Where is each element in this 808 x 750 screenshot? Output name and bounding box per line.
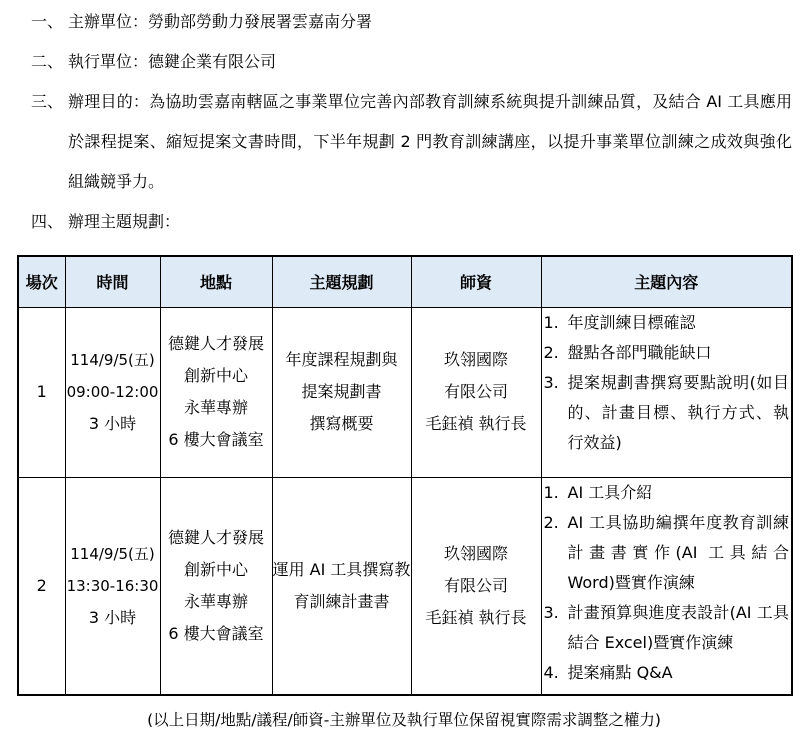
content-item-number: 3. (542, 368, 568, 458)
time-line: 3 小時 (66, 408, 160, 440)
location-line: 創新中心 (161, 360, 272, 392)
content-item-text: 提案規劃書撰寫要點說明(如目的、計畫目標、執行方式、執行效益) (568, 368, 792, 458)
column-header-topic: 主題規劃 (272, 256, 411, 307)
intro-item-number: 二、 (31, 42, 68, 82)
content-item: 4. 提案痛點 Q&A (542, 658, 792, 688)
table-row: 2 114/9/5(五) 13:30-16:30 3 小時 德鍵人才發展 創新中… (18, 477, 792, 695)
document-page: 一、 主辦單位：勞動部勞動力發展署雲嘉南分署 二、 執行單位：德鍵企業有限公司 … (0, 0, 808, 750)
instructor-line: 毛鈺禎 執行長 (412, 602, 541, 634)
instructor-cell: 玖翎國際 有限公司 毛鈺禎 執行長 (411, 307, 541, 477)
column-header-session: 場次 (18, 256, 65, 307)
intro-item-text: 主辦單位：勞動部勞動力發展署雲嘉南分署 (68, 2, 792, 42)
footer-disclaimer: (以上日期/地點/議程/師資-主辦單位及執行單位保留視實際需求調整之權力) (0, 709, 808, 731)
intro-item-text: 辦理主題規劃： (68, 202, 792, 242)
location-line: 德鍵人才發展 (161, 328, 272, 360)
content-item: 3. 計畫預算與進度表設計(AI 工具結合 Excel)暨實作演練 (542, 598, 792, 658)
intro-item-text: 執行單位：德鍵企業有限公司 (68, 42, 792, 82)
intro-item-number: 四、 (31, 202, 68, 242)
instructor-line: 玖翎國際 (412, 344, 541, 376)
intro-item-text: 辦理目的：為協助雲嘉南轄區之事業單位完善內部教育訓練系統與提升訓練品質，及結合 … (68, 82, 792, 202)
column-header-instructor: 師資 (411, 256, 541, 307)
content-item: 1. AI 工具介紹 (542, 478, 792, 508)
content-item-number: 4. (542, 658, 568, 688)
content-cell: 1. 年度訓練目標確認 2. 盤點各部門職能缺口 3. 提案規劃書撰寫要點說明(… (541, 307, 792, 477)
intro-item-number: 三、 (31, 82, 68, 202)
session-number: 2 (19, 570, 65, 602)
content-item-text: 計畫預算與進度表設計(AI 工具結合 Excel)暨實作演練 (568, 598, 792, 658)
instructor-line: 有限公司 (412, 376, 541, 408)
location-line: 創新中心 (161, 554, 272, 586)
intro-item-number: 一、 (31, 2, 68, 42)
content-item-number: 3. (542, 598, 568, 658)
topic-line: 育訓練計畫書 (273, 586, 411, 618)
content-item: 1. 年度訓練目標確認 (542, 308, 792, 338)
content-item-number: 1. (542, 308, 568, 338)
topic-cell: 年度課程規劃與 提案規劃書 撰寫概要 (272, 307, 411, 477)
instructor-line: 毛鈺禎 執行長 (412, 408, 541, 440)
location-line: 6 樓大會議室 (161, 424, 272, 456)
content-item-number: 1. (542, 478, 568, 508)
time-line: 13:30-16:30 (66, 570, 160, 602)
intro-item-organizer: 一、 主辦單位：勞動部勞動力發展署雲嘉南分署 (31, 2, 792, 42)
topic-line: 年度課程規劃與 (273, 344, 411, 376)
intro-section: 一、 主辦單位：勞動部勞動力發展署雲嘉南分署 二、 執行單位：德鍵企業有限公司 … (0, 0, 808, 242)
content-item-number: 2. (542, 508, 568, 598)
topic-cell: 運用 AI 工具撰寫教 育訓練計畫書 (272, 477, 411, 695)
time-line: 3 小時 (66, 602, 160, 634)
column-header-time: 時間 (65, 256, 160, 307)
time-cell: 114/9/5(五) 13:30-16:30 3 小時 (65, 477, 160, 695)
content-item: 2. AI 工具協助編撰年度教育訓練計畫書實作(AI 工具結合 Word)暨實作… (542, 508, 792, 598)
topic-line: 提案規劃書 (273, 376, 411, 408)
table-header-row: 場次 時間 地點 主題規劃 師資 主題內容 (18, 256, 792, 307)
content-item-text: 提案痛點 Q&A (568, 658, 792, 688)
session-cell: 2 (18, 477, 65, 695)
content-item-number: 2. (542, 338, 568, 368)
intro-item-theme-plan: 四、 辦理主題規劃： (31, 202, 792, 242)
time-line: 114/9/5(五) (66, 538, 160, 570)
content-item-text: 盤點各部門職能缺口 (568, 338, 792, 368)
location-line: 永華專辦 (161, 586, 272, 618)
time-line: 114/9/5(五) (66, 344, 160, 376)
schedule-table: 場次 時間 地點 主題規劃 師資 主題內容 1 114/9/5(五) 09:00… (17, 255, 793, 696)
time-cell: 114/9/5(五) 09:00-12:00 3 小時 (65, 307, 160, 477)
location-line: 6 樓大會議室 (161, 618, 272, 650)
content-item: 3. 提案規劃書撰寫要點說明(如目的、計畫目標、執行方式、執行效益) (542, 368, 792, 458)
session-cell: 1 (18, 307, 65, 477)
topic-line: 運用 AI 工具撰寫教 (273, 554, 411, 586)
session-number: 1 (19, 376, 65, 408)
column-header-content: 主題內容 (541, 256, 792, 307)
time-line: 09:00-12:00 (66, 376, 160, 408)
location-cell: 德鍵人才發展 創新中心 永華專辦 6 樓大會議室 (160, 307, 272, 477)
content-item-text: 年度訓練目標確認 (568, 308, 792, 338)
topic-line: 撰寫概要 (273, 408, 411, 440)
content-item-text: AI 工具介紹 (568, 478, 792, 508)
content-item: 2. 盤點各部門職能缺口 (542, 338, 792, 368)
intro-item-purpose: 三、 辦理目的：為協助雲嘉南轄區之事業單位完善內部教育訓練系統與提升訓練品質，及… (31, 82, 792, 202)
intro-item-executor: 二、 執行單位：德鍵企業有限公司 (31, 42, 792, 82)
location-cell: 德鍵人才發展 創新中心 永華專辦 6 樓大會議室 (160, 477, 272, 695)
column-header-location: 地點 (160, 256, 272, 307)
table-row: 1 114/9/5(五) 09:00-12:00 3 小時 德鍵人才發展 創新中… (18, 307, 792, 477)
instructor-cell: 玖翎國際 有限公司 毛鈺禎 執行長 (411, 477, 541, 695)
content-cell: 1. AI 工具介紹 2. AI 工具協助編撰年度教育訓練計畫書實作(AI 工具… (541, 477, 792, 695)
instructor-line: 有限公司 (412, 570, 541, 602)
location-line: 德鍵人才發展 (161, 522, 272, 554)
location-line: 永華專辦 (161, 392, 272, 424)
content-item-text: AI 工具協助編撰年度教育訓練計畫書實作(AI 工具結合 Word)暨實作演練 (568, 508, 792, 598)
instructor-line: 玖翎國際 (412, 538, 541, 570)
